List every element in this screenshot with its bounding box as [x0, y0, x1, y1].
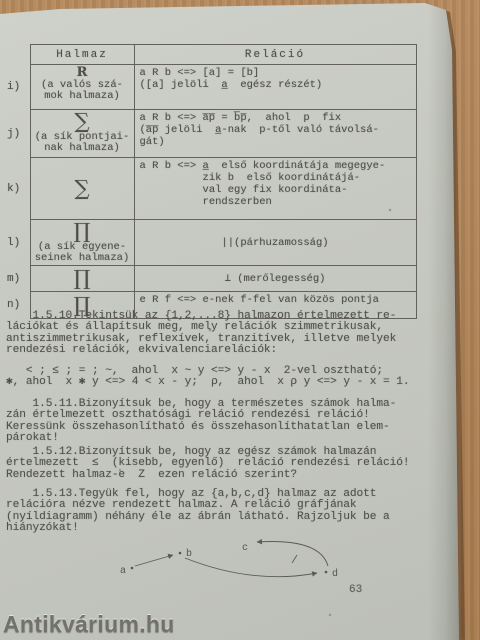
node-d-dot	[325, 571, 328, 574]
node-a-dot	[131, 567, 134, 570]
set-symbol-i: R	[32, 66, 133, 80]
relation-graph-diagram: a b d c	[108, 532, 358, 590]
set-symbol-m: ∏	[32, 268, 133, 289]
set-cell-k: ∑	[30, 158, 134, 220]
relation-cell-j: a R b <=> a̅p̅ = b̅p̅, ahol p fix (a̅p̅ …	[134, 110, 416, 158]
edge-a-b	[135, 555, 173, 566]
antikvarium-watermark: Antikvárium.hu	[3, 611, 175, 638]
page-number: 63	[349, 584, 362, 596]
edge-b-d	[185, 558, 317, 577]
header-spacer	[4, 45, 30, 65]
set-cell-i: R (a valós szá- mok halmaza)	[30, 65, 134, 110]
node-b-dot	[179, 552, 182, 555]
problem-1-5-10: 1.5.10.Tekintsük az {1,2,...8} halmazon …	[6, 311, 450, 356]
set-note-l: (a sík egyene- seinek halmaza)	[32, 242, 133, 264]
relation-cell-l: ||(párhuzamosság)	[134, 220, 416, 266]
node-d-label: d	[332, 568, 338, 580]
table-header-relacio: Reláció	[134, 45, 416, 65]
set-symbol-l: ∏	[32, 221, 133, 242]
set-symbol-j: ∑	[32, 111, 133, 132]
table-header-halmaz: Halmaz	[30, 45, 134, 65]
row-label-j: j)	[4, 110, 30, 158]
row-label-m: m)	[4, 266, 30, 292]
set-symbol-k: ∑	[32, 178, 133, 199]
scanned-book-photo: Halmaz Reláció i) R (a valós szá- mok ha…	[0, 0, 480, 640]
set-cell-l: ∏ (a sík egyene- seinek halmaza)	[30, 220, 134, 266]
relation-cell-k: a R b <=> a̲ első koordinátája megegye- …	[134, 158, 416, 220]
set-note-j: (a sík pontjai- nak halmaza)	[32, 132, 133, 154]
row-label-k: k)	[4, 158, 30, 220]
node-c-label: c	[242, 543, 248, 554]
relations-table: Halmaz Reláció i) R (a valós szá- mok ha…	[4, 44, 417, 319]
book-page: Halmaz Reláció i) R (a valós szá- mok ha…	[0, 0, 480, 640]
relation-cell-m: ⊥ (merőlegesség)	[134, 266, 416, 292]
row-label-i: i)	[4, 65, 30, 110]
relation-cell-i: a R b <=> [a] = [b] ([a] jelöli a̲ egész…	[134, 65, 416, 110]
node-b-label: b	[186, 548, 192, 560]
node-a-label: a	[120, 566, 126, 577]
problem-1-5-13: 1.5.13.Tegyük fel, hogy az {a,b,c,d} hal…	[6, 489, 450, 534]
set-cell-m: ∏	[30, 266, 134, 292]
problem-1-5-12: 1.5.12.Bizonyítsuk be, hogy az egész szá…	[6, 447, 450, 481]
problem-1-5-10-relations: < ; ≤ ; = ; ~, ahol x ~ y <=> y - x 2-ve…	[6, 366, 450, 389]
stray-mark	[292, 555, 297, 563]
problem-1-5-11: 1.5.11.Bizonyítsuk be, hogy a természete…	[6, 399, 450, 444]
set-cell-j: ∑ (a sík pontjai- nak halmaza)	[30, 110, 134, 158]
row-label-l: l)	[4, 220, 30, 266]
set-note-i: (a valós szá- mok halmaza)	[32, 80, 133, 102]
